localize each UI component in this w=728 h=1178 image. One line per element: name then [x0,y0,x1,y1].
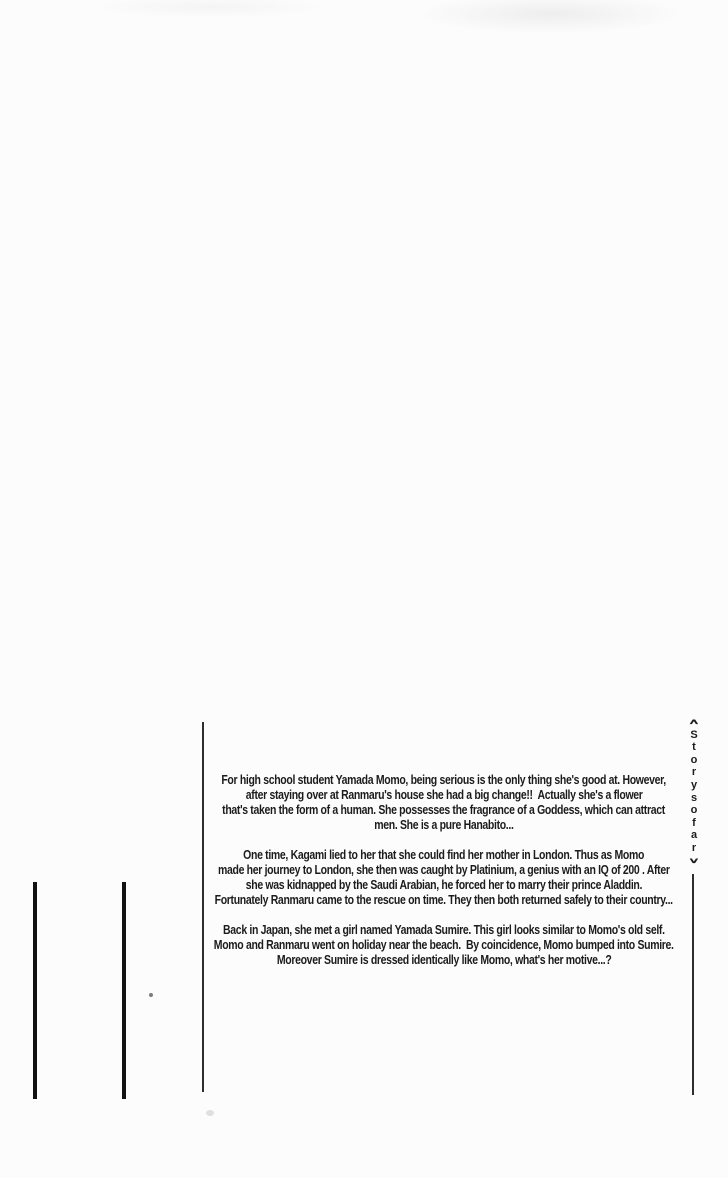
panel-border-line [122,882,126,1099]
scan-noise-smudge [415,0,685,34]
story-line: Moreover Sumire is dressed identically l… [210,952,678,967]
vertical-label-char: o [691,754,698,767]
vertical-label-char: S [690,729,697,742]
story-so-far-vertical-label: ∧ S t o r y s o f a r ∨ [684,716,704,867]
vertical-label-char: f [692,817,696,830]
vertical-label-char: y [691,779,697,792]
chevron-up-icon: ∧ [688,718,700,727]
story-line: Back in Japan, she met a girl named Yama… [210,922,678,937]
story-recap-text-block: For high school student Yamada Momo, bei… [210,772,678,967]
story-paragraph: Back in Japan, she met a girl named Yama… [210,922,678,967]
story-line: For high school student Yamada Momo, bei… [210,772,678,787]
story-block-left-border [202,722,204,1092]
story-line: that's taken the form of a human. She po… [210,802,678,817]
vertical-label-char: r [692,842,696,855]
panel-border-line [33,882,37,1099]
story-block-right-rule [692,874,694,1095]
vertical-label-char: o [691,804,698,817]
scan-speck [149,993,153,997]
vertical-label-char: s [691,792,697,805]
vertical-label-char: t [692,741,696,754]
story-line: men. She is a pure Hanabito... [210,817,678,832]
scan-speck [206,1110,214,1116]
story-paragraph: For high school student Yamada Momo, bei… [210,772,678,832]
vertical-label-char: r [692,766,696,779]
story-line: Fortunately Ranmaru came to the rescue o… [210,892,678,907]
story-line: after staying over at Ranmaru's house sh… [210,787,678,802]
story-line: she was kidnapped by the Saudi Arabian, … [210,877,678,892]
story-line: made her journey to London, she then was… [210,862,678,877]
vertical-label-char: a [691,829,697,842]
scan-noise-smudge [90,0,330,18]
manga-page: ∧ S t o r y s o f a r ∨ For high school … [0,0,728,1178]
chevron-down-icon: ∨ [688,856,700,865]
story-line: One time, Kagami lied to her that she co… [210,847,678,862]
story-line: Momo and Ranmaru went on holiday near th… [210,937,678,952]
story-paragraph: One time, Kagami lied to her that she co… [210,847,678,907]
